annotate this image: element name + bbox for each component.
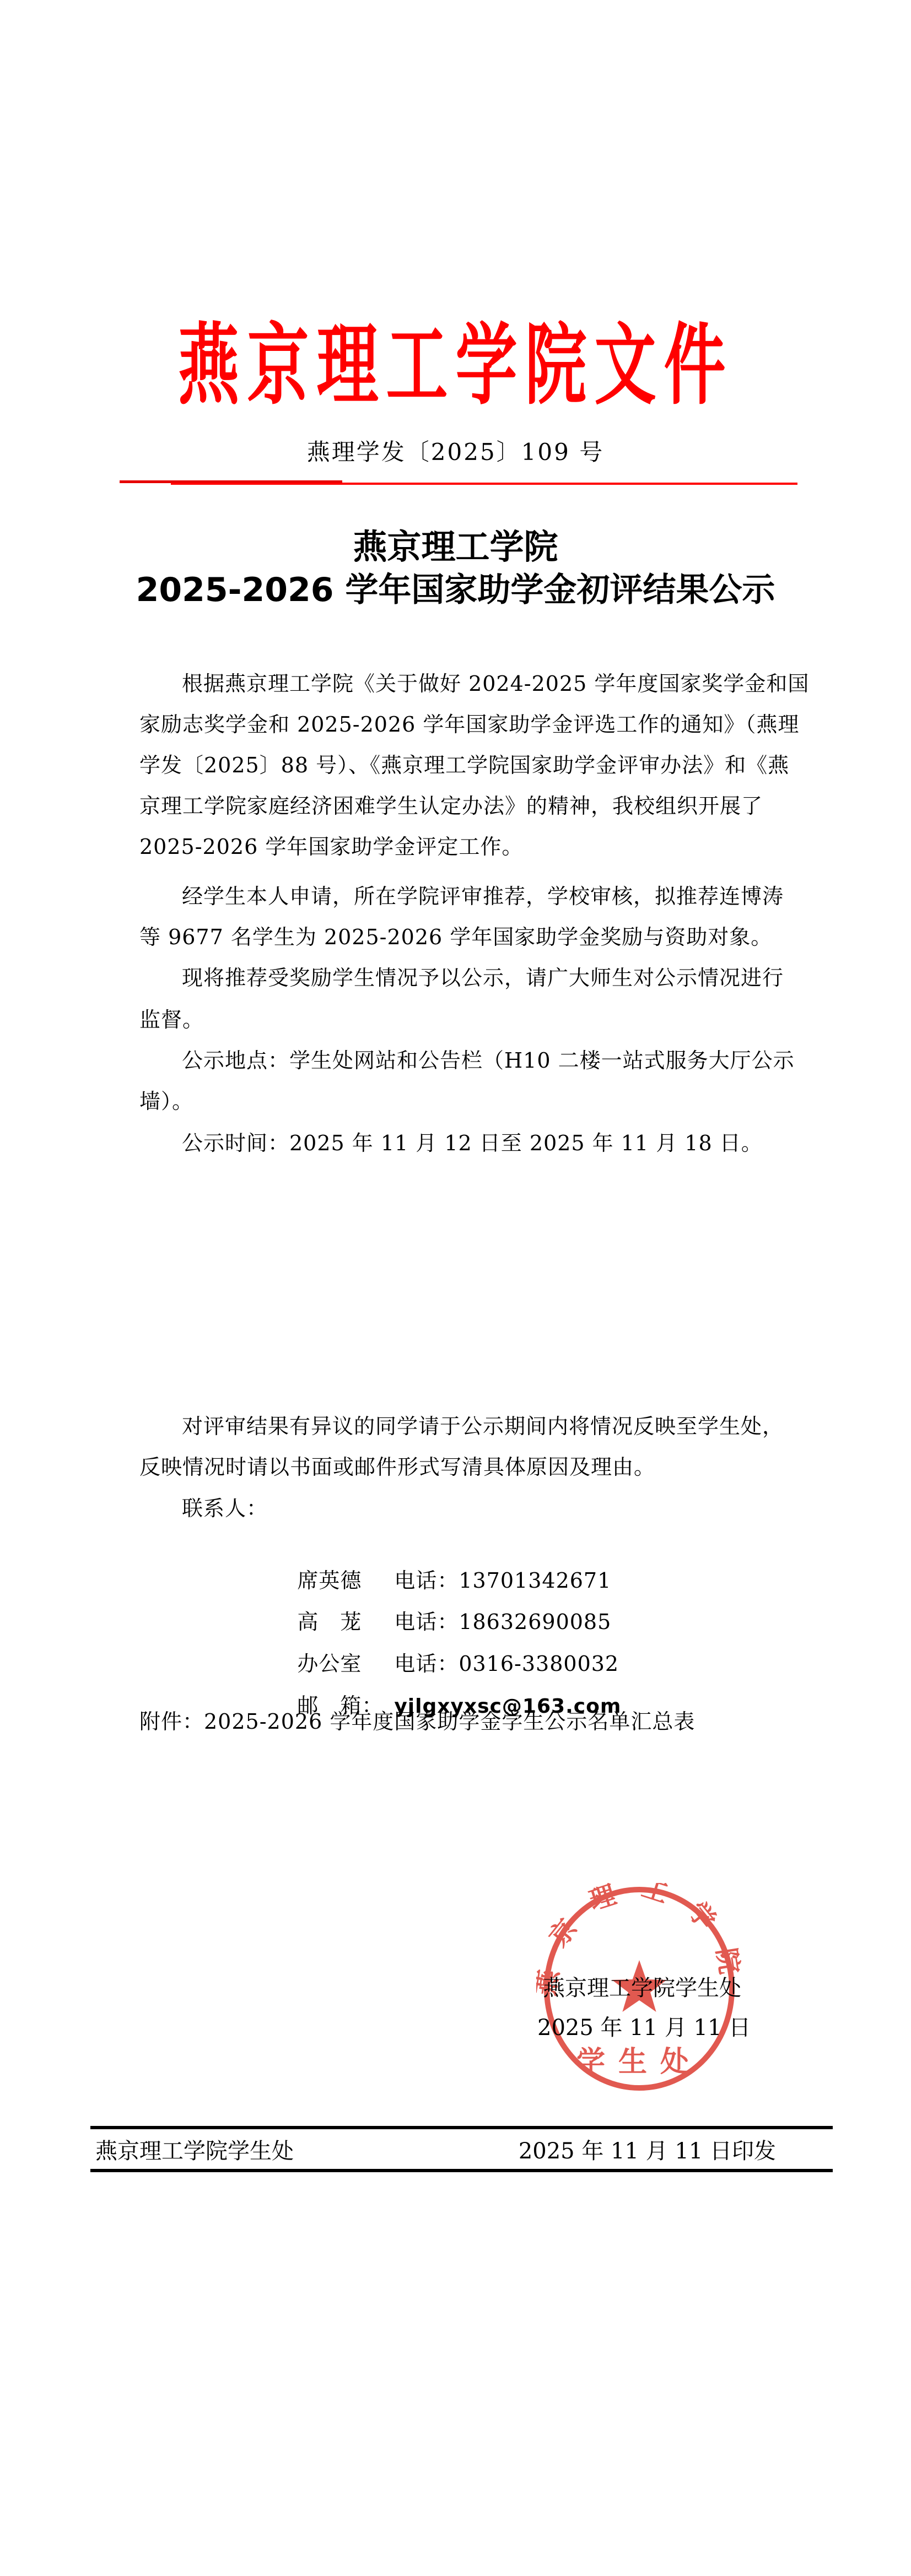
contact-label: 联系人： xyxy=(182,1496,268,1521)
footer-rule-bottom xyxy=(90,2169,833,2172)
body-line: 经学生本人申请，所在学院评审推荐，学校审核，拟推荐连博涛 xyxy=(182,884,784,909)
document-number: 燕理学发〔2025〕109 号 xyxy=(0,439,911,466)
body-line: 墙）。 xyxy=(139,1089,193,1114)
signoff-date: 2025 年 11 月 11 日 xyxy=(537,2015,747,2041)
body-line: 等 9677 名学生为 2025-2026 学年国家助学金奖励与资助对象。 xyxy=(139,924,772,950)
body-line: 家励志奖学金和 2025-2026 学年国家助学金评选工作的通知》（燕理 xyxy=(139,712,799,737)
attachment-note: 附件：2025-2026 学年度国家助学金学生公示名单汇总表 xyxy=(139,1709,695,1734)
body-line: 京理工学院家庭经济困难学生认定办法》的精神，我校组织开展了 xyxy=(139,793,763,819)
body-line: 2025-2026 学年国家助学金评定工作。 xyxy=(139,834,523,859)
body-line: 公示时间：2025 年 11 月 12 日至 2025 年 11 月 18 日。 xyxy=(182,1130,763,1156)
body-line: 学发〔2025〕88 号）、《燕京理工学院国家助学金评审办法》和《燕 xyxy=(139,753,789,778)
document-title-line1: 燕京理工学院 xyxy=(0,529,911,565)
body-line: 现将推荐受奖励学生情况予以公示，请广大师生对公示情况进行 xyxy=(182,965,784,991)
body-line: 监督。 xyxy=(139,1007,204,1032)
footer-print-date: 2025 年 11 月 11 日印发 xyxy=(496,2137,776,2165)
official-document-page: 燕京理工学院文件 燕理学发〔2025〕109 号 燕京理工学院 2025-202… xyxy=(0,0,911,2576)
footer-rule-top xyxy=(90,2126,833,2129)
letterhead-title: 燕京理工学院文件 xyxy=(0,322,911,410)
body-line: 根据燕京理工学院《关于做好 2024-2025 学年度国家奖学金和国 xyxy=(182,671,809,696)
seal-bottom-text: 学生处 xyxy=(576,2045,702,2079)
footer-issuer: 燕京理工学院学生处 xyxy=(95,2137,294,2165)
signoff-organization: 燕京理工学院学生处 xyxy=(537,1976,747,2001)
body-line: 公示地点：学生处网站和公告栏（H10 二楼一站式服务大厅公示 xyxy=(182,1048,795,1073)
body-line: 对评审结果有异议的同学请于公示期间内将情况反映至学生处， xyxy=(182,1414,784,1439)
body-line: 反映情况时请以书面或邮件形式写清具体原因及理由。 xyxy=(139,1454,655,1480)
red-divider-line xyxy=(171,483,797,485)
document-title-line2: 2025-2026 学年国家助学金初评结果公示 xyxy=(0,572,911,608)
